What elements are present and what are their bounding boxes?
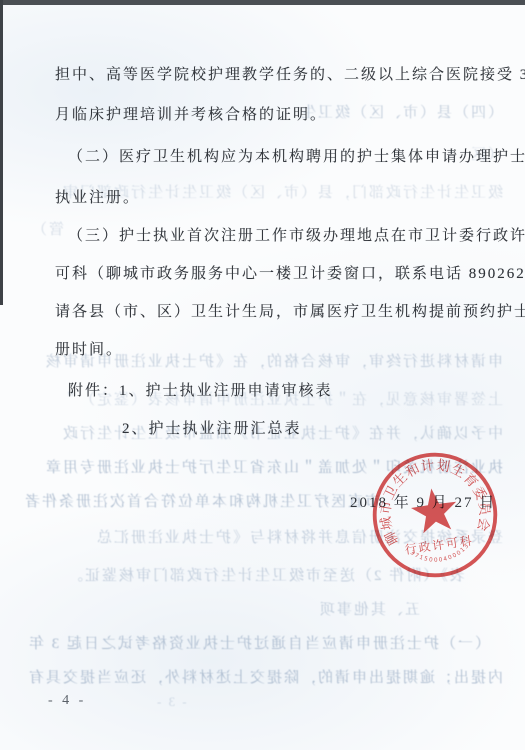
attachment-list-line: 附件：1、护士执业注册申请审核表 <box>68 379 333 400</box>
bleedthrough-line: （一）护士注册申请应当自通过护士执业资格考试之日起 3 年 <box>27 632 490 653</box>
official-seal-graphic: 聊城市卫生和计划生育委员会 行政许可科 3715000400013 <box>359 439 510 590</box>
attachment-list-line: 2、护士执业注册汇总表 <box>122 417 302 438</box>
body-text-line: 担中、高等医学院校护理教学任务的、二级以上综合医院接受 3 个 <box>55 63 525 84</box>
page-number: - 4 - <box>48 693 86 709</box>
body-text-line: 册时间。 <box>55 338 123 359</box>
body-text-line: （三）护士执业首次注册工作市级办理地点在市卫计委行政许 <box>68 224 525 245</box>
scan-border-left <box>0 0 3 305</box>
body-text-line: （二）医疗卫生机构应为本机构聘用的护士集体申请办理护士 <box>68 145 525 166</box>
scan-border-top <box>0 0 525 5</box>
bleedthrough-line: （四）县（市、区）级卫生 <box>299 101 503 122</box>
body-text-line: 月临床护理培训并考核合格的证明。 <box>55 103 327 124</box>
bleedthrough-line: 管） <box>30 218 64 239</box>
body-text-line: 执业注册。 <box>55 186 140 207</box>
bleedthrough-line: 市直医疗卫生机构和本单位符合首次注册条件者 <box>23 490 380 511</box>
body-text-line: 可科（聊城市政务服务中心一楼卫计委窗口，联系电话 8902629)， <box>55 262 525 283</box>
official-seal: 聊城市卫生和计划生育委员会 行政许可科 3715000400013 <box>359 439 510 590</box>
bleedthrough-page-number: - 3 - <box>155 694 187 710</box>
seal-star-icon <box>409 485 460 534</box>
body-text-line: 请各县（市、区）卫生计生局，市属医疗卫生机构提前预约护士注 <box>55 300 525 321</box>
bleedthrough-line: 内提出；逾期提出申请的，除提交上述材料外，还应当提交具有 <box>27 666 503 687</box>
bleedthrough-line: 五、其他事项 <box>318 598 420 619</box>
